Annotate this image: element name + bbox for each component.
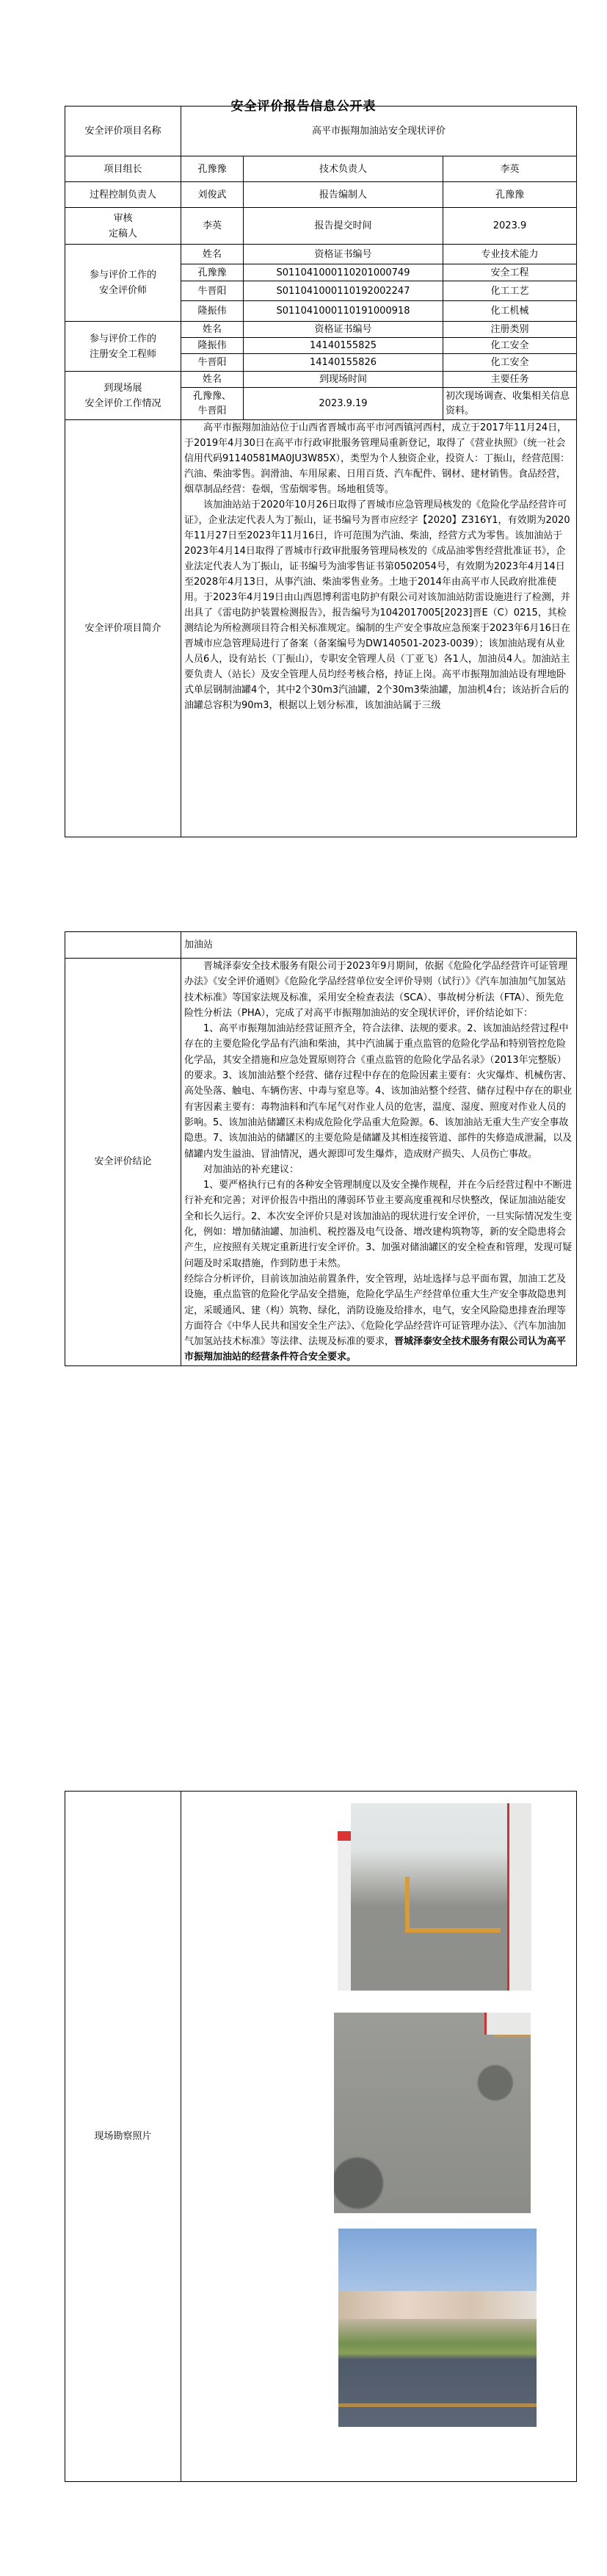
evaluators-header-name: 姓名 bbox=[181, 245, 244, 264]
site-visit-header-name: 姓名 bbox=[181, 372, 244, 388]
info-table: 安全评价项目名称 高平市振翔加油站安全现状评价 项目组长 孔豫豫 技术负责人 李… bbox=[65, 106, 577, 837]
engineer-category: 化工安全 bbox=[443, 354, 577, 372]
site-visit-task: 初次现场调查、收集相关信息资料。 bbox=[443, 388, 577, 420]
evaluator-cert: S011041000110191000918 bbox=[244, 301, 443, 322]
intro-paragraph: 该加油站站于2020年10月26日取得了晋城市应急管理局核发的《危险化学品经营许… bbox=[184, 497, 573, 713]
site-photo-1 bbox=[338, 1803, 531, 1991]
conclusion-final: 经综合分析评价，目前该加油站前置条件，安全管理，站址选择与总平面布置，加油工艺及… bbox=[184, 1271, 573, 1365]
conclusion-paragraph: 1、要严格执行已有的各种安全管理制度以及安全操作规程，并在今后经营过程中不断进行… bbox=[184, 1177, 573, 1271]
project-name-row: 安全评价项目名称 高平市振翔加油站安全现状评价 bbox=[65, 107, 577, 156]
tech-label: 技术负责人 bbox=[244, 156, 443, 182]
review-row: 审核 定稿人 李英 报告提交时间 2023.9 bbox=[65, 208, 577, 245]
engineers-header-row: 参与评价工作的 注册安全工程师 姓名 资格证书编号 注册类别 bbox=[65, 322, 577, 338]
leader-value: 孔豫豫 bbox=[181, 156, 244, 182]
evaluator-cert: S011041000110192002247 bbox=[244, 281, 443, 301]
photos-row: 现场勘察照片 bbox=[65, 1792, 577, 2482]
engineer-cert: 14140155825 bbox=[244, 338, 443, 354]
engineers-header-category: 注册类别 bbox=[443, 322, 577, 338]
evaluators-label: 参与评价工作的 安全评价师 bbox=[65, 245, 181, 322]
project-name-label: 安全评价项目名称 bbox=[65, 107, 181, 156]
site-visit-names: 孔豫豫、 牛晋阳 bbox=[181, 388, 244, 420]
engineer-name: 牛晋阳 bbox=[181, 354, 244, 372]
conclusion-paragraph: 对加油站的补充建议： bbox=[184, 1162, 573, 1177]
engineers-label: 参与评价工作的 注册安全工程师 bbox=[65, 322, 181, 372]
conclusion-table: 加油站 安全评价结论 晋城泽泰安全技术服务有限公司于2023年9月期间，依据《危… bbox=[65, 931, 577, 1366]
conclusion-row: 安全评价结论 晋城泽泰安全技术服务有限公司于2023年9月期间，依据《危险化学品… bbox=[65, 959, 577, 1366]
intro-paragraph: 高平市振翔加油站位于山西省晋城市高平市河西镇河西村，成立于2017年11月24日… bbox=[184, 420, 573, 497]
intro-continuation-row: 加油站 bbox=[65, 932, 577, 959]
process-value: 刘俊武 bbox=[181, 182, 244, 208]
author-value: 孔豫豫 bbox=[443, 182, 577, 208]
intro-row: 安全评价项目简介 高平市振翔加油站位于山西省晋城市高平市河西镇河西村，成立于20… bbox=[65, 420, 577, 837]
site-visit-header-time: 到现场时间 bbox=[244, 372, 443, 388]
engineer-cert: 14140155826 bbox=[244, 354, 443, 372]
engineer-category: 化工安全 bbox=[443, 338, 577, 354]
review-label: 审核 定稿人 bbox=[65, 208, 181, 245]
project-name-value: 高平市振翔加油站安全现状评价 bbox=[181, 107, 577, 156]
photos-table: 现场勘察照片 bbox=[65, 1791, 577, 2482]
evaluator-cert: S011041000110201000749 bbox=[244, 264, 443, 281]
leader-row: 项目组长 孔豫豫 技术负责人 李英 bbox=[65, 156, 577, 182]
site-visit-label: 到现场展 安全评价工作情况 bbox=[65, 372, 181, 420]
evaluator-name: 隆振伟 bbox=[181, 301, 244, 322]
engineers-header-cert: 资格证书编号 bbox=[244, 322, 443, 338]
engineer-name: 隆振伟 bbox=[181, 338, 244, 354]
author-label: 报告编制人 bbox=[244, 182, 443, 208]
site-visit-header-task: 主要任务 bbox=[443, 372, 577, 388]
intro-continuation-text: 加油站 bbox=[181, 932, 577, 959]
evaluator-name: 牛晋阳 bbox=[181, 281, 244, 301]
review-value: 李英 bbox=[181, 208, 244, 245]
photos-label: 现场勘察照片 bbox=[65, 1792, 181, 2482]
process-label: 过程控制负责人 bbox=[65, 182, 181, 208]
site-visit-header-row: 到现场展 安全评价工作情况 姓名 到现场时间 主要任务 bbox=[65, 372, 577, 388]
site-visit-time: 2023.9.19 bbox=[244, 388, 443, 420]
tech-value: 李英 bbox=[443, 156, 577, 182]
intro-content: 高平市振翔加油站位于山西省晋城市高平市河西镇河西村，成立于2017年11月24日… bbox=[181, 420, 577, 837]
conclusion-label: 安全评价结论 bbox=[65, 959, 181, 1366]
leader-label: 项目组长 bbox=[65, 156, 181, 182]
site-photo-3 bbox=[338, 2229, 537, 2427]
evaluators-header-cert: 资格证书编号 bbox=[244, 245, 443, 264]
evaluators-header-skill: 专业技术能力 bbox=[443, 245, 577, 264]
intro-label: 安全评价项目简介 bbox=[65, 420, 181, 837]
engineers-header-name: 姓名 bbox=[181, 322, 244, 338]
site-photo-2 bbox=[334, 2013, 531, 2213]
submit-value: 2023.9 bbox=[443, 208, 577, 245]
photos-content bbox=[181, 1792, 577, 2482]
evaluator-name: 孔豫豫 bbox=[181, 264, 244, 281]
conclusion-content: 晋城泽泰安全技术服务有限公司于2023年9月期间，依据《危险化学品经营许可证管理… bbox=[181, 959, 577, 1366]
conclusion-paragraph: 晋城泽泰安全技术服务有限公司于2023年9月期间，依据《危险化学品经营许可证管理… bbox=[184, 959, 573, 1021]
evaluator-skill: 化工机械 bbox=[443, 301, 577, 322]
evaluators-header-row: 参与评价工作的 安全评价师 姓名 资格证书编号 专业技术能力 bbox=[65, 245, 577, 264]
conclusion-paragraph: 1、高平市振翔加油站经营证照齐全，符合法律、法规的要求。2、该加油站经营过程中存… bbox=[184, 1021, 573, 1162]
process-row: 过程控制负责人 刘俊武 报告编制人 孔豫豫 bbox=[65, 182, 577, 208]
evaluator-skill: 安全工程 bbox=[443, 264, 577, 281]
evaluator-skill: 化工工艺 bbox=[443, 281, 577, 301]
intro-continuation-label bbox=[65, 932, 181, 959]
submit-label: 报告提交时间 bbox=[244, 208, 443, 245]
